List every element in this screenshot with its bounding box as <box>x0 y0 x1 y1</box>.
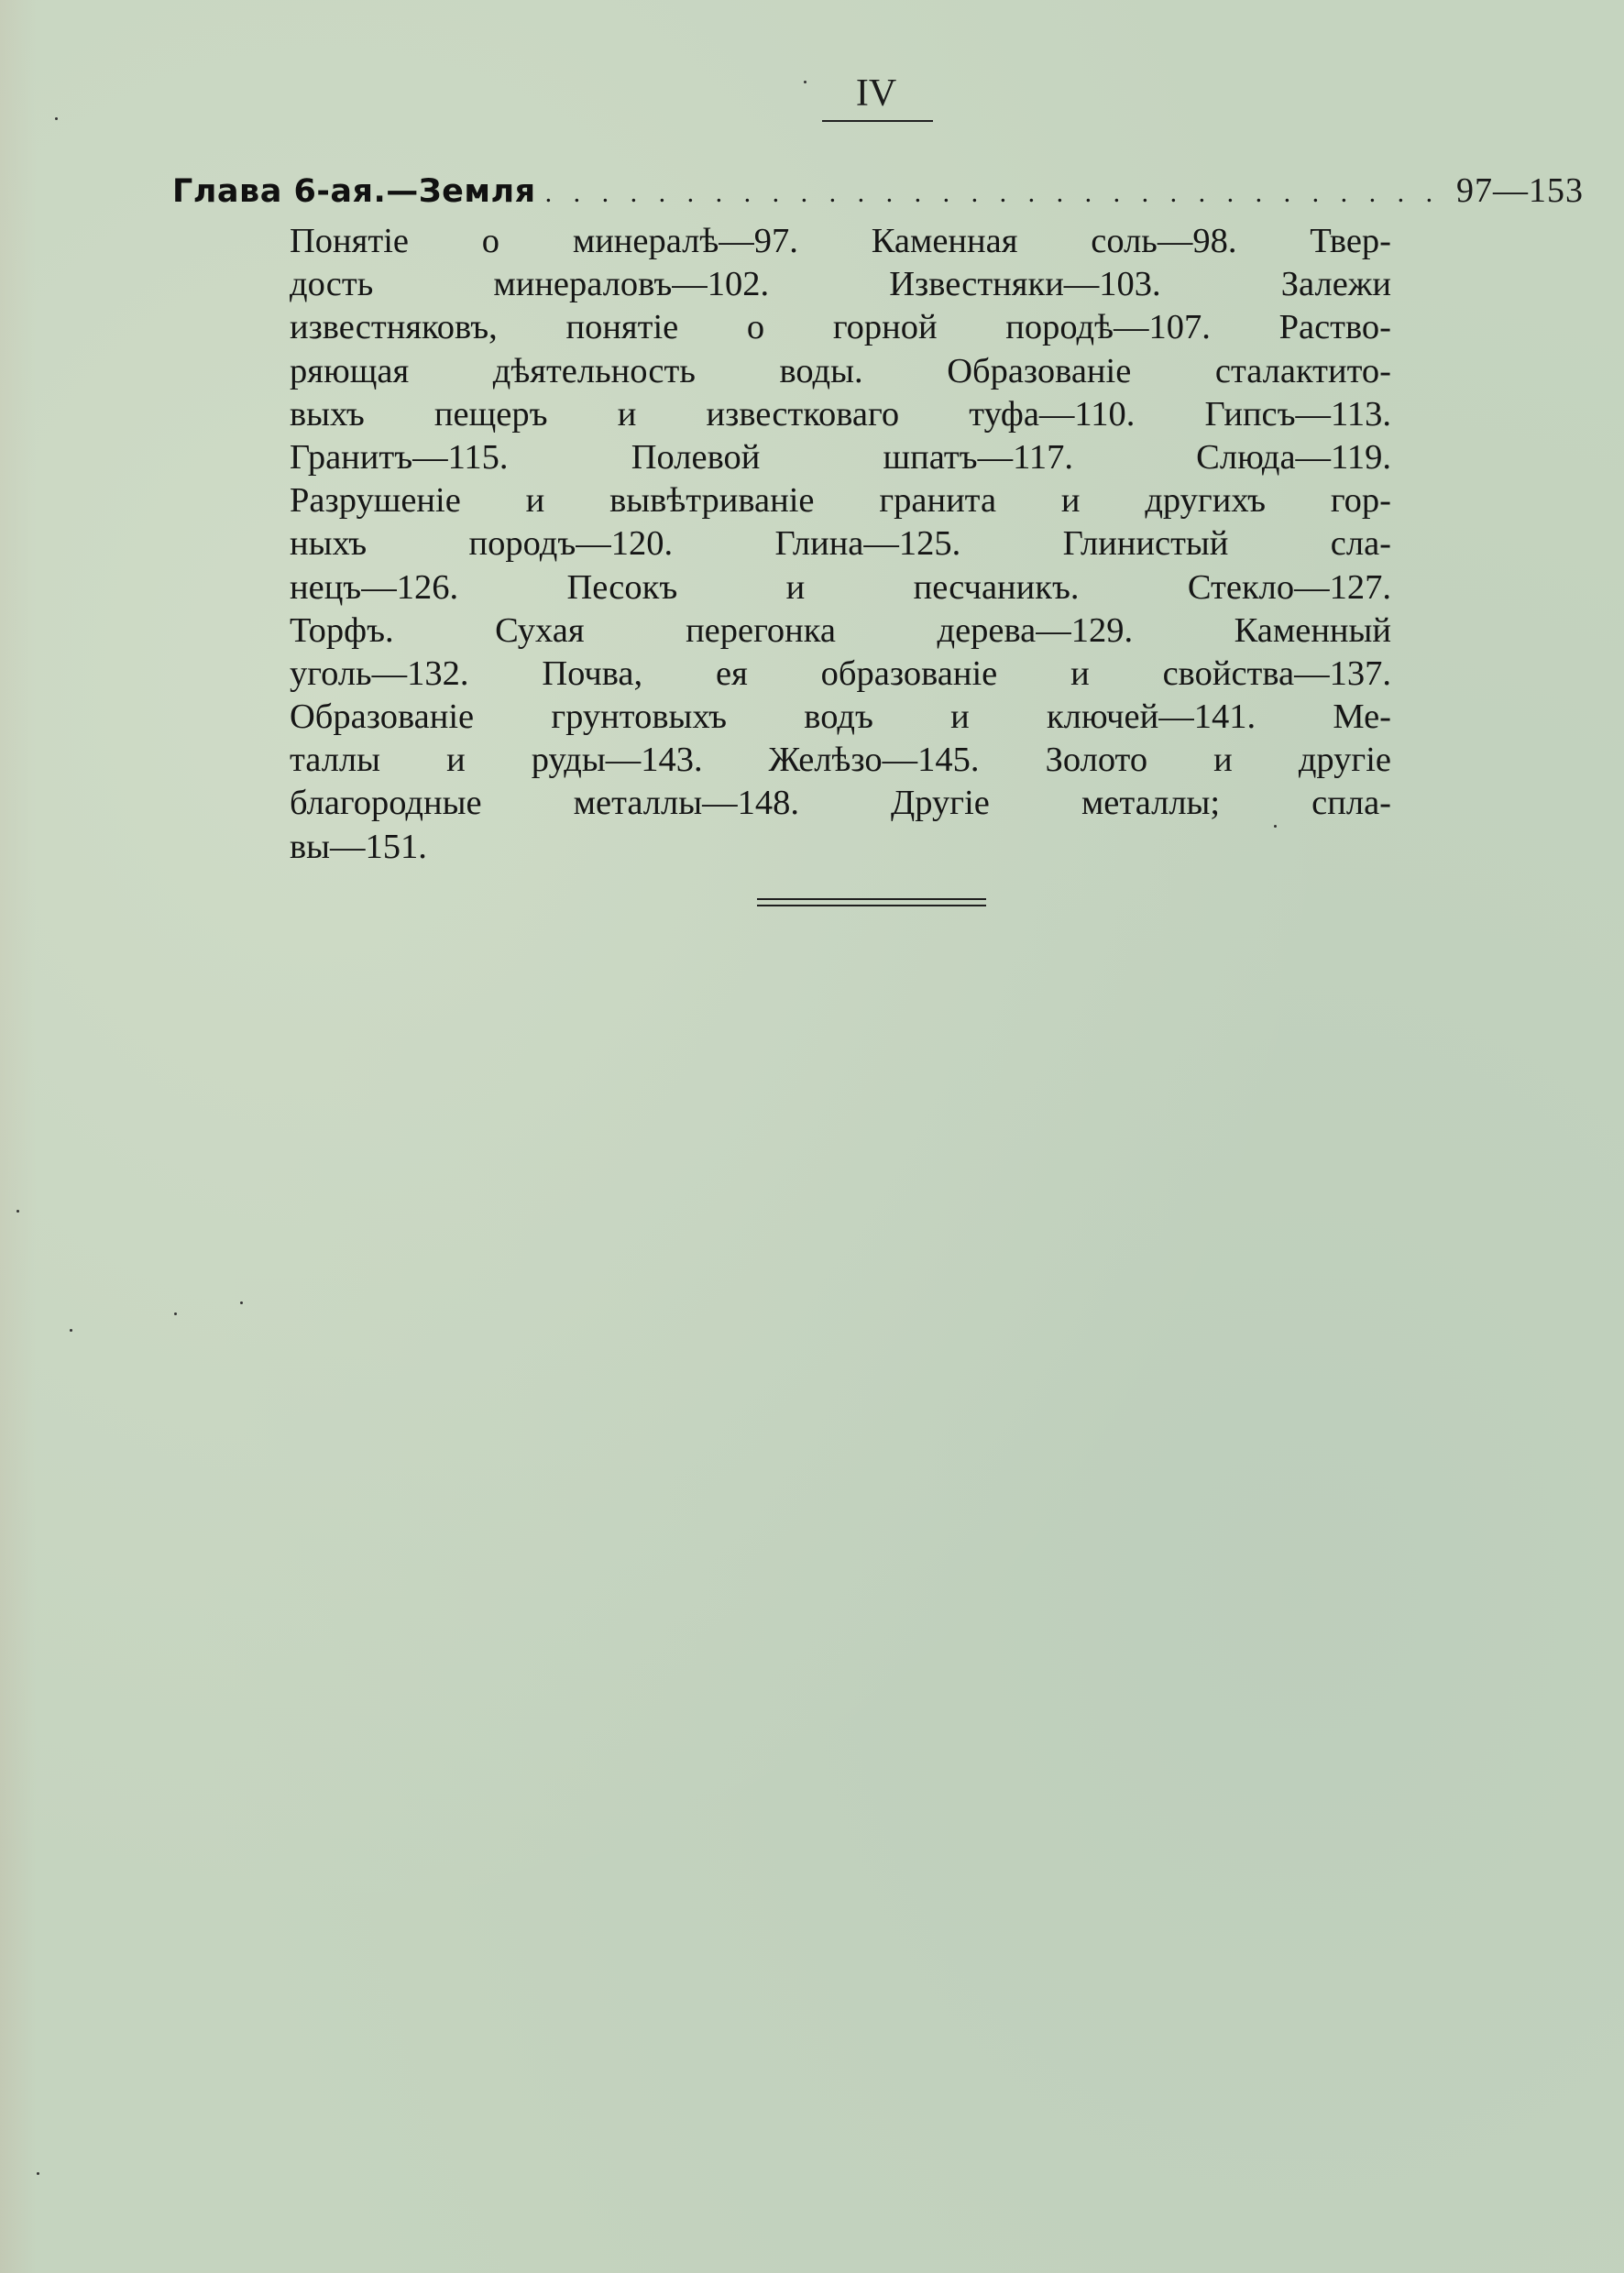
paper-speck <box>240 1301 243 1304</box>
toc-chapter-entry: Глава 6-ая.—Земля 97—153 Понятіе о минер… <box>172 170 1584 869</box>
contents-line: таллы и руды—143. Желѣзо—145. Золото и д… <box>290 739 1391 782</box>
page-number-underline <box>822 120 933 122</box>
contents-line: Понятіе о минералѣ—97. Каменная соль—98.… <box>290 220 1391 263</box>
paper-speck <box>1274 825 1277 828</box>
contents-line: уголь—132. Почва, ея образованіе и свойс… <box>290 653 1391 696</box>
paper-speck <box>16 1210 19 1213</box>
contents-line: благородные металлы—148. Другіе металлы;… <box>290 782 1391 825</box>
paper-speck <box>804 81 807 83</box>
dot-leader <box>536 178 1451 209</box>
section-end-double-rule <box>757 898 986 906</box>
chapter-title: Глава 6-ая.—Земля <box>172 173 536 210</box>
page-number: IV <box>821 73 931 114</box>
paper-speck <box>37 2172 39 2175</box>
paper-speck <box>70 1329 72 1332</box>
contents-line: вы—151. <box>290 826 1391 869</box>
paper-speck <box>55 117 58 120</box>
contents-line: Торфъ. Сухая перегонка дерева—129. Камен… <box>290 609 1391 653</box>
contents-line: ряющая дѣятельность воды. Образованіе ст… <box>290 350 1391 393</box>
contents-line: дость минераловъ—102. Известняки—103. За… <box>290 263 1391 306</box>
contents-line: Разрушеніе и вывѣтриваніе гранита и друг… <box>290 479 1391 522</box>
contents-line: Образованіе грунтовыхъ водъ и ключей—141… <box>290 696 1391 739</box>
contents-line: выхъ пещеръ и известковаго туфа—110. Гип… <box>290 393 1391 436</box>
chapter-heading: Глава 6-ая.—Земля 97—153 <box>172 170 1584 216</box>
contents-line: Гранитъ—115. Полевой шпатъ—117. Слюда—11… <box>290 436 1391 479</box>
paper-speck <box>174 1312 177 1315</box>
chapter-contents-paragraph: Понятіе о минералѣ—97. Каменная соль—98.… <box>290 220 1391 869</box>
contents-line: ныхъ породъ—120. Глина—125. Глинистый сл… <box>290 522 1391 566</box>
contents-line: известняковъ, понятіе о горной породѣ—10… <box>290 306 1391 349</box>
contents-line: нецъ—126. Песокъ и песчаникъ. Стекло—127… <box>290 566 1391 609</box>
chapter-page-range: 97—153 <box>1451 170 1584 211</box>
